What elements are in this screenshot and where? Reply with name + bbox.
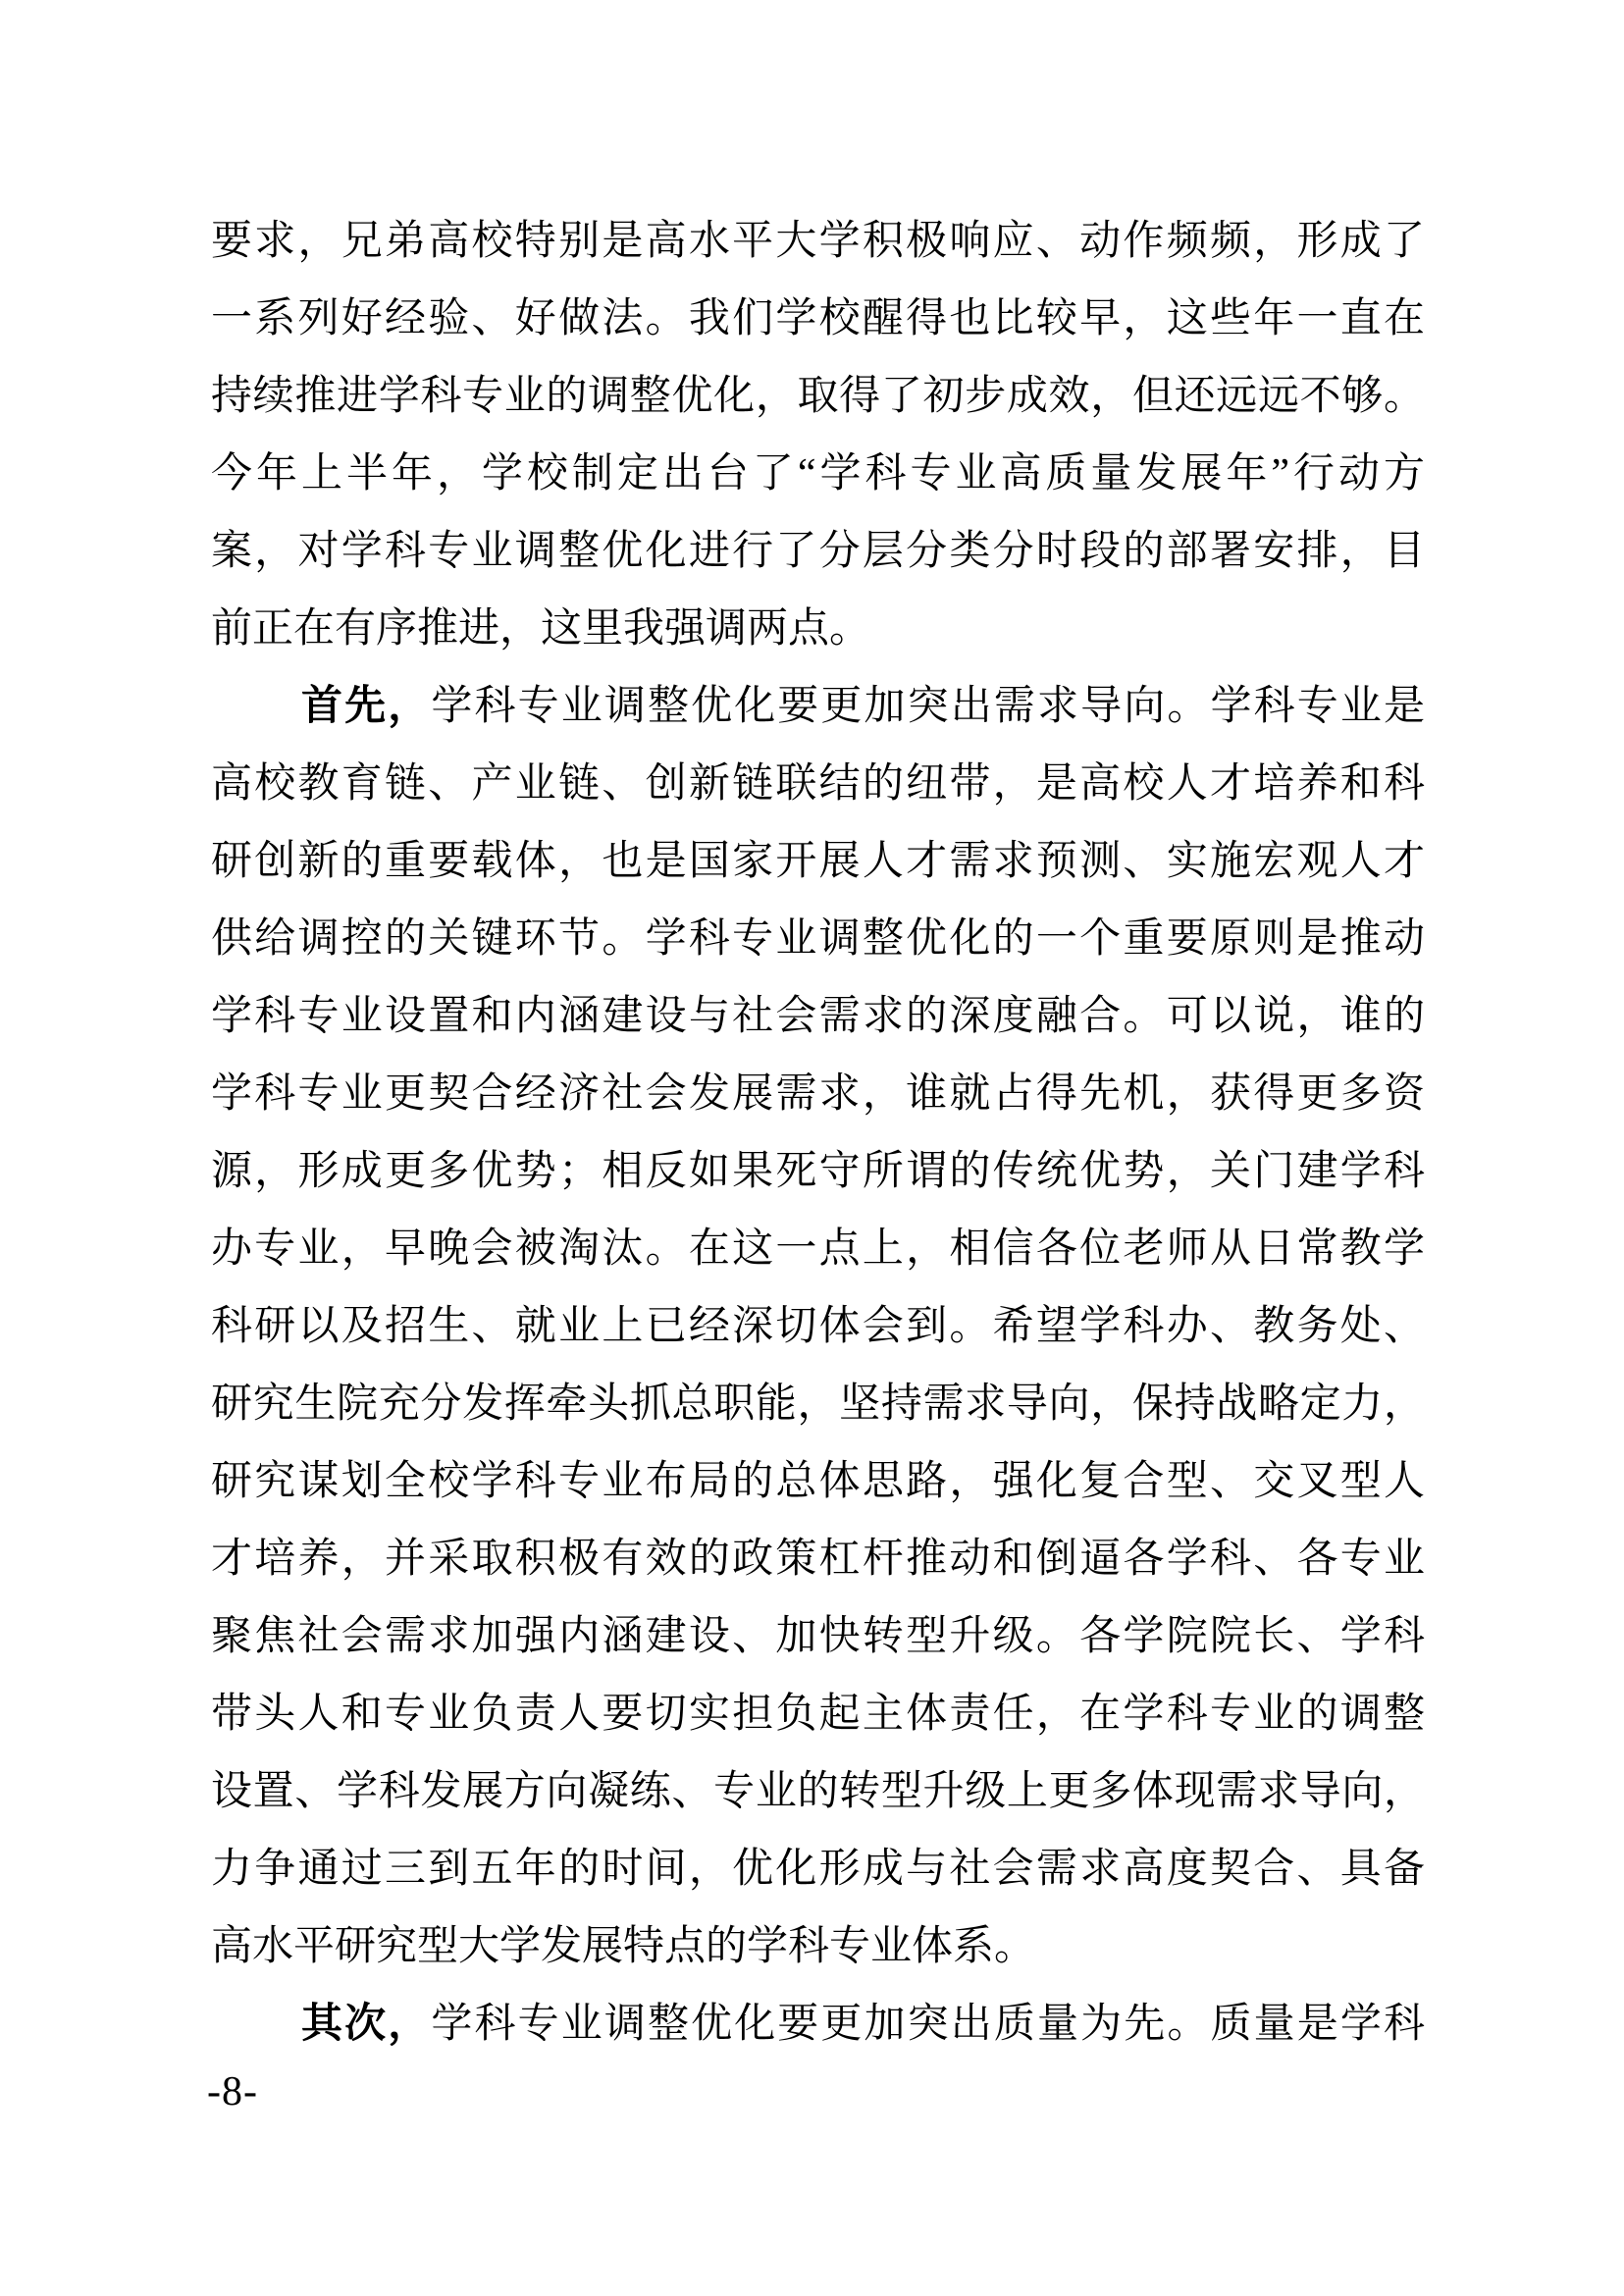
text-line: 一系列好经验、好做法。我们学校醒得也比较早，这些年一直在 bbox=[211, 281, 1425, 358]
line-text: 学科专业调整优化要更加突出需求导向。学科专业是 bbox=[431, 684, 1425, 729]
text-line: 设置、学科发展方向凝练、专业的转型升级上更多体现需求导向， bbox=[211, 1753, 1425, 1831]
text-line: 才培养，并采取积极有效的政策杠杆推动和倒逼各学科、各专业 bbox=[211, 1521, 1425, 1598]
text-line: 科研以及招生、就业上已经深切体会到。希望学科办、教务处、 bbox=[211, 1288, 1425, 1366]
document-page: 要求，兄弟高校特别是高水平大学积极响应、动作频频，形成了 一系列好经验、好做法。… bbox=[0, 0, 1624, 2296]
paragraph-lead: 首先， bbox=[301, 684, 431, 729]
text-line: 今年上半年，学校制定出台了“学科专业高质量发展年”行动方 bbox=[211, 436, 1425, 513]
text-line: 要求，兄弟高校特别是高水平大学积极响应、动作频频，形成了 bbox=[211, 203, 1425, 281]
text-line: 前正在有序推进，这里我强调两点。 bbox=[211, 591, 1425, 668]
text-line: 研究谋划全校学科专业布局的总体思路，强化复合型、交叉型人 bbox=[211, 1443, 1425, 1521]
line-text: 学科专业调整优化要更加突出质量为先。质量是学科 bbox=[431, 2002, 1425, 2047]
text-line: 学科专业设置和内涵建设与社会需求的深度融合。可以说，谁的 bbox=[211, 978, 1425, 1056]
text-line: 聚焦社会需求加强内涵建设、加快转型升级。各学院院长、学科 bbox=[211, 1598, 1425, 1676]
text-line: 高水平研究型大学发展特点的学科专业体系。 bbox=[211, 1908, 1425, 1986]
text-line: 研创新的重要载体，也是国家开展人才需求预测、实施宏观人才 bbox=[211, 823, 1425, 901]
text-line: 学科专业更契合经济社会发展需求，谁就占得先机，获得更多资 bbox=[211, 1056, 1425, 1133]
text-line: 供给调控的关键环节。学科专业调整优化的一个重要原则是推动 bbox=[211, 901, 1425, 978]
text-line: 力争通过三到五年的时间，优化形成与社会需求高度契合、具备 bbox=[211, 1831, 1425, 1908]
body-text: 要求，兄弟高校特别是高水平大学积极响应、动作频频，形成了 一系列好经验、好做法。… bbox=[211, 203, 1425, 2063]
text-line: 案，对学科专业调整优化进行了分层分类分时段的部署安排，目 bbox=[211, 513, 1425, 591]
text-line: 带头人和专业负责人要切实担负起主体责任，在学科专业的调整 bbox=[211, 1676, 1425, 1753]
text-line: 办专业，早晚会被淘汰。在这一点上，相信各位老师从日常教学 bbox=[211, 1211, 1425, 1288]
text-line: 高校教育链、产业链、创新链联结的纽带，是高校人才培养和科 bbox=[211, 746, 1425, 823]
text-line: 持续推进学科专业的调整优化，取得了初步成效，但还远远不够。 bbox=[211, 358, 1425, 436]
paragraph-lead: 其次， bbox=[301, 2002, 431, 2047]
paragraph-lead-line: 首先，学科专业调整优化要更加突出需求导向。学科专业是 bbox=[211, 668, 1425, 746]
page-number: -8- bbox=[207, 2062, 258, 2121]
text-line: 研究生院充分发挥牵头抓总职能，坚持需求导向，保持战略定力， bbox=[211, 1366, 1425, 1443]
text-line: 源，形成更多优势；相反如果死守所谓的传统优势，关门建学科 bbox=[211, 1133, 1425, 1211]
paragraph-lead-line: 其次，学科专业调整优化要更加突出质量为先。质量是学科 bbox=[211, 1986, 1425, 2063]
